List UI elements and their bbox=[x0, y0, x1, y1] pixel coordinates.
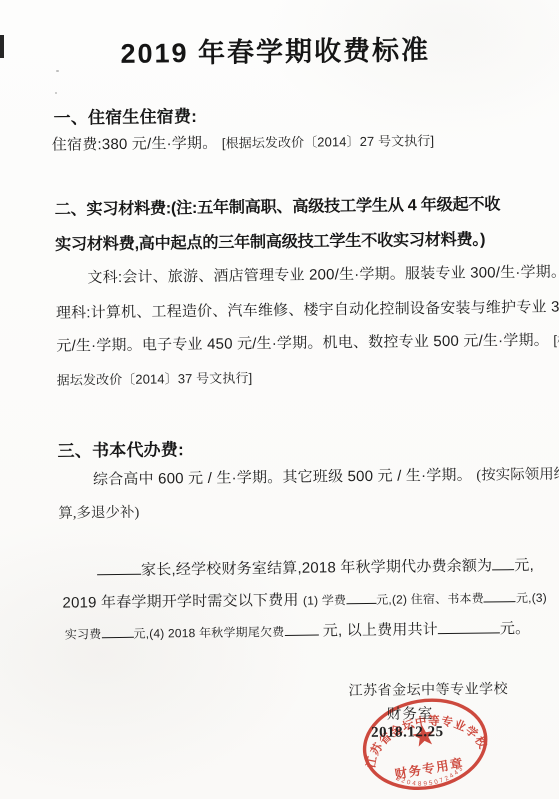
settlement-line3: 实习费元,(4) 2018 年秋学期尾欠费 元, 以上费用共计元。 bbox=[65, 617, 531, 644]
blank-total-amount bbox=[438, 619, 500, 634]
settlement-line3-text2: 元,(4) 2018 年秋学期尾欠费 bbox=[133, 625, 284, 641]
settlement-line2-text1: 2019 年春学期开学时需交以下费用 bbox=[62, 592, 298, 612]
settlement-line2-text2: (1) 学费 bbox=[303, 593, 346, 608]
section2-body-line3: 元/生·学期。电子专业 450 元/生·学期。机电、数控专业 500 元/生·学… bbox=[56, 328, 559, 355]
section2-body-line2: 理科:计算机、工程造价、汽车维修、楼宇自动化控制设备安装与维护专业 300 bbox=[56, 295, 559, 322]
section1-body-note: [根据坛发改价〔2014〕27 号文执行] bbox=[222, 133, 434, 151]
settlement-line3-text4: 以上费用共计 bbox=[347, 621, 438, 639]
blank-lodging-book-fee bbox=[484, 588, 516, 602]
settlement-line2: 2019 年春学期开学时需交以下费用 (1) 学费元,(2) 住宿、书本费元,(… bbox=[62, 586, 547, 613]
section2-body-line3-text: 元/生·学期。电子专业 450 元/生·学期。机电、数控专业 500 元/生·学… bbox=[56, 332, 549, 355]
settlement-line3-text5: 元。 bbox=[500, 620, 531, 637]
section2-body-line3-note: [根 bbox=[553, 332, 559, 347]
section1-body-text: 住宿费:380 元/生·学期。 bbox=[52, 135, 218, 154]
section1-heading: 一、住宿生住宿费: bbox=[53, 102, 197, 129]
stamp-date: 2018.12.25 bbox=[371, 724, 444, 742]
settlement-line3-text1: 实习费 bbox=[65, 627, 102, 641]
blank-practice-fee bbox=[101, 624, 133, 638]
section1-body: 住宿费:380 元/生·学期。 [根据坛发改价〔2014〕27 号文执行] bbox=[52, 129, 435, 155]
blank-parent-name bbox=[97, 561, 141, 576]
section2-heading-line2: 实习材料费,高中起点的三年制高级技工学生不收实习材料费。) bbox=[55, 225, 485, 254]
stamp-school-name: 江苏省金坛中等专业学校 bbox=[348, 678, 508, 700]
section3-body-line1: 综合高中 600 元 / 生·学期。其它班级 500 元 / 生·学期。 (按实… bbox=[93, 462, 559, 489]
blank-balance-amount bbox=[492, 556, 514, 570]
section2-heading-line1: 二、实习材料费:(注:五年制高职、高级技工学生从 4 年级起不收 bbox=[54, 190, 500, 219]
stamp-office-name: 财务室 bbox=[387, 702, 434, 724]
blank-tuition-fee bbox=[346, 590, 376, 604]
section2-body-line4-note: 据坛发改价〔2014〕37 号文执行] bbox=[57, 367, 253, 388]
settlement-line2-text4: 元,(3) bbox=[516, 591, 547, 605]
section3-body-line1-text: 综合高中 600 元 / 生·学期。其它班级 500 元 / 生·学期。 bbox=[93, 467, 472, 489]
section3-body-line2: 算,多退少补) bbox=[58, 501, 139, 523]
blank-arrears-fee bbox=[284, 622, 318, 636]
section3-body-line1-note: (按实际领用结 bbox=[476, 466, 559, 483]
settlement-line3-text3: 元, bbox=[323, 622, 343, 639]
settlement-line1-text1: 家长,经学校财务室结算,2018 年秋学期代办费余额为 bbox=[141, 557, 492, 578]
section2-body-line1: 文科:会计、旅游、酒店管理专业 200/生·学期。服装专业 300/生·学期。 bbox=[87, 260, 559, 287]
settlement-line2-text3: 元,(2) 住宿、书本费 bbox=[376, 592, 484, 607]
section3-heading: 三、书本代办费: bbox=[57, 435, 184, 462]
document-title: 2019 年春学期收费标准 bbox=[0, 27, 555, 73]
settlement-line1: 家长,经学校财务室结算,2018 年秋学期代办费余额为元, bbox=[97, 554, 534, 580]
settlement-line1-text2: 元, bbox=[514, 557, 534, 574]
scanned-document-page: 2019 年春学期收费标准 一、住宿生住宿费: 住宿费:380 元/生·学期。 … bbox=[0, 0, 559, 799]
